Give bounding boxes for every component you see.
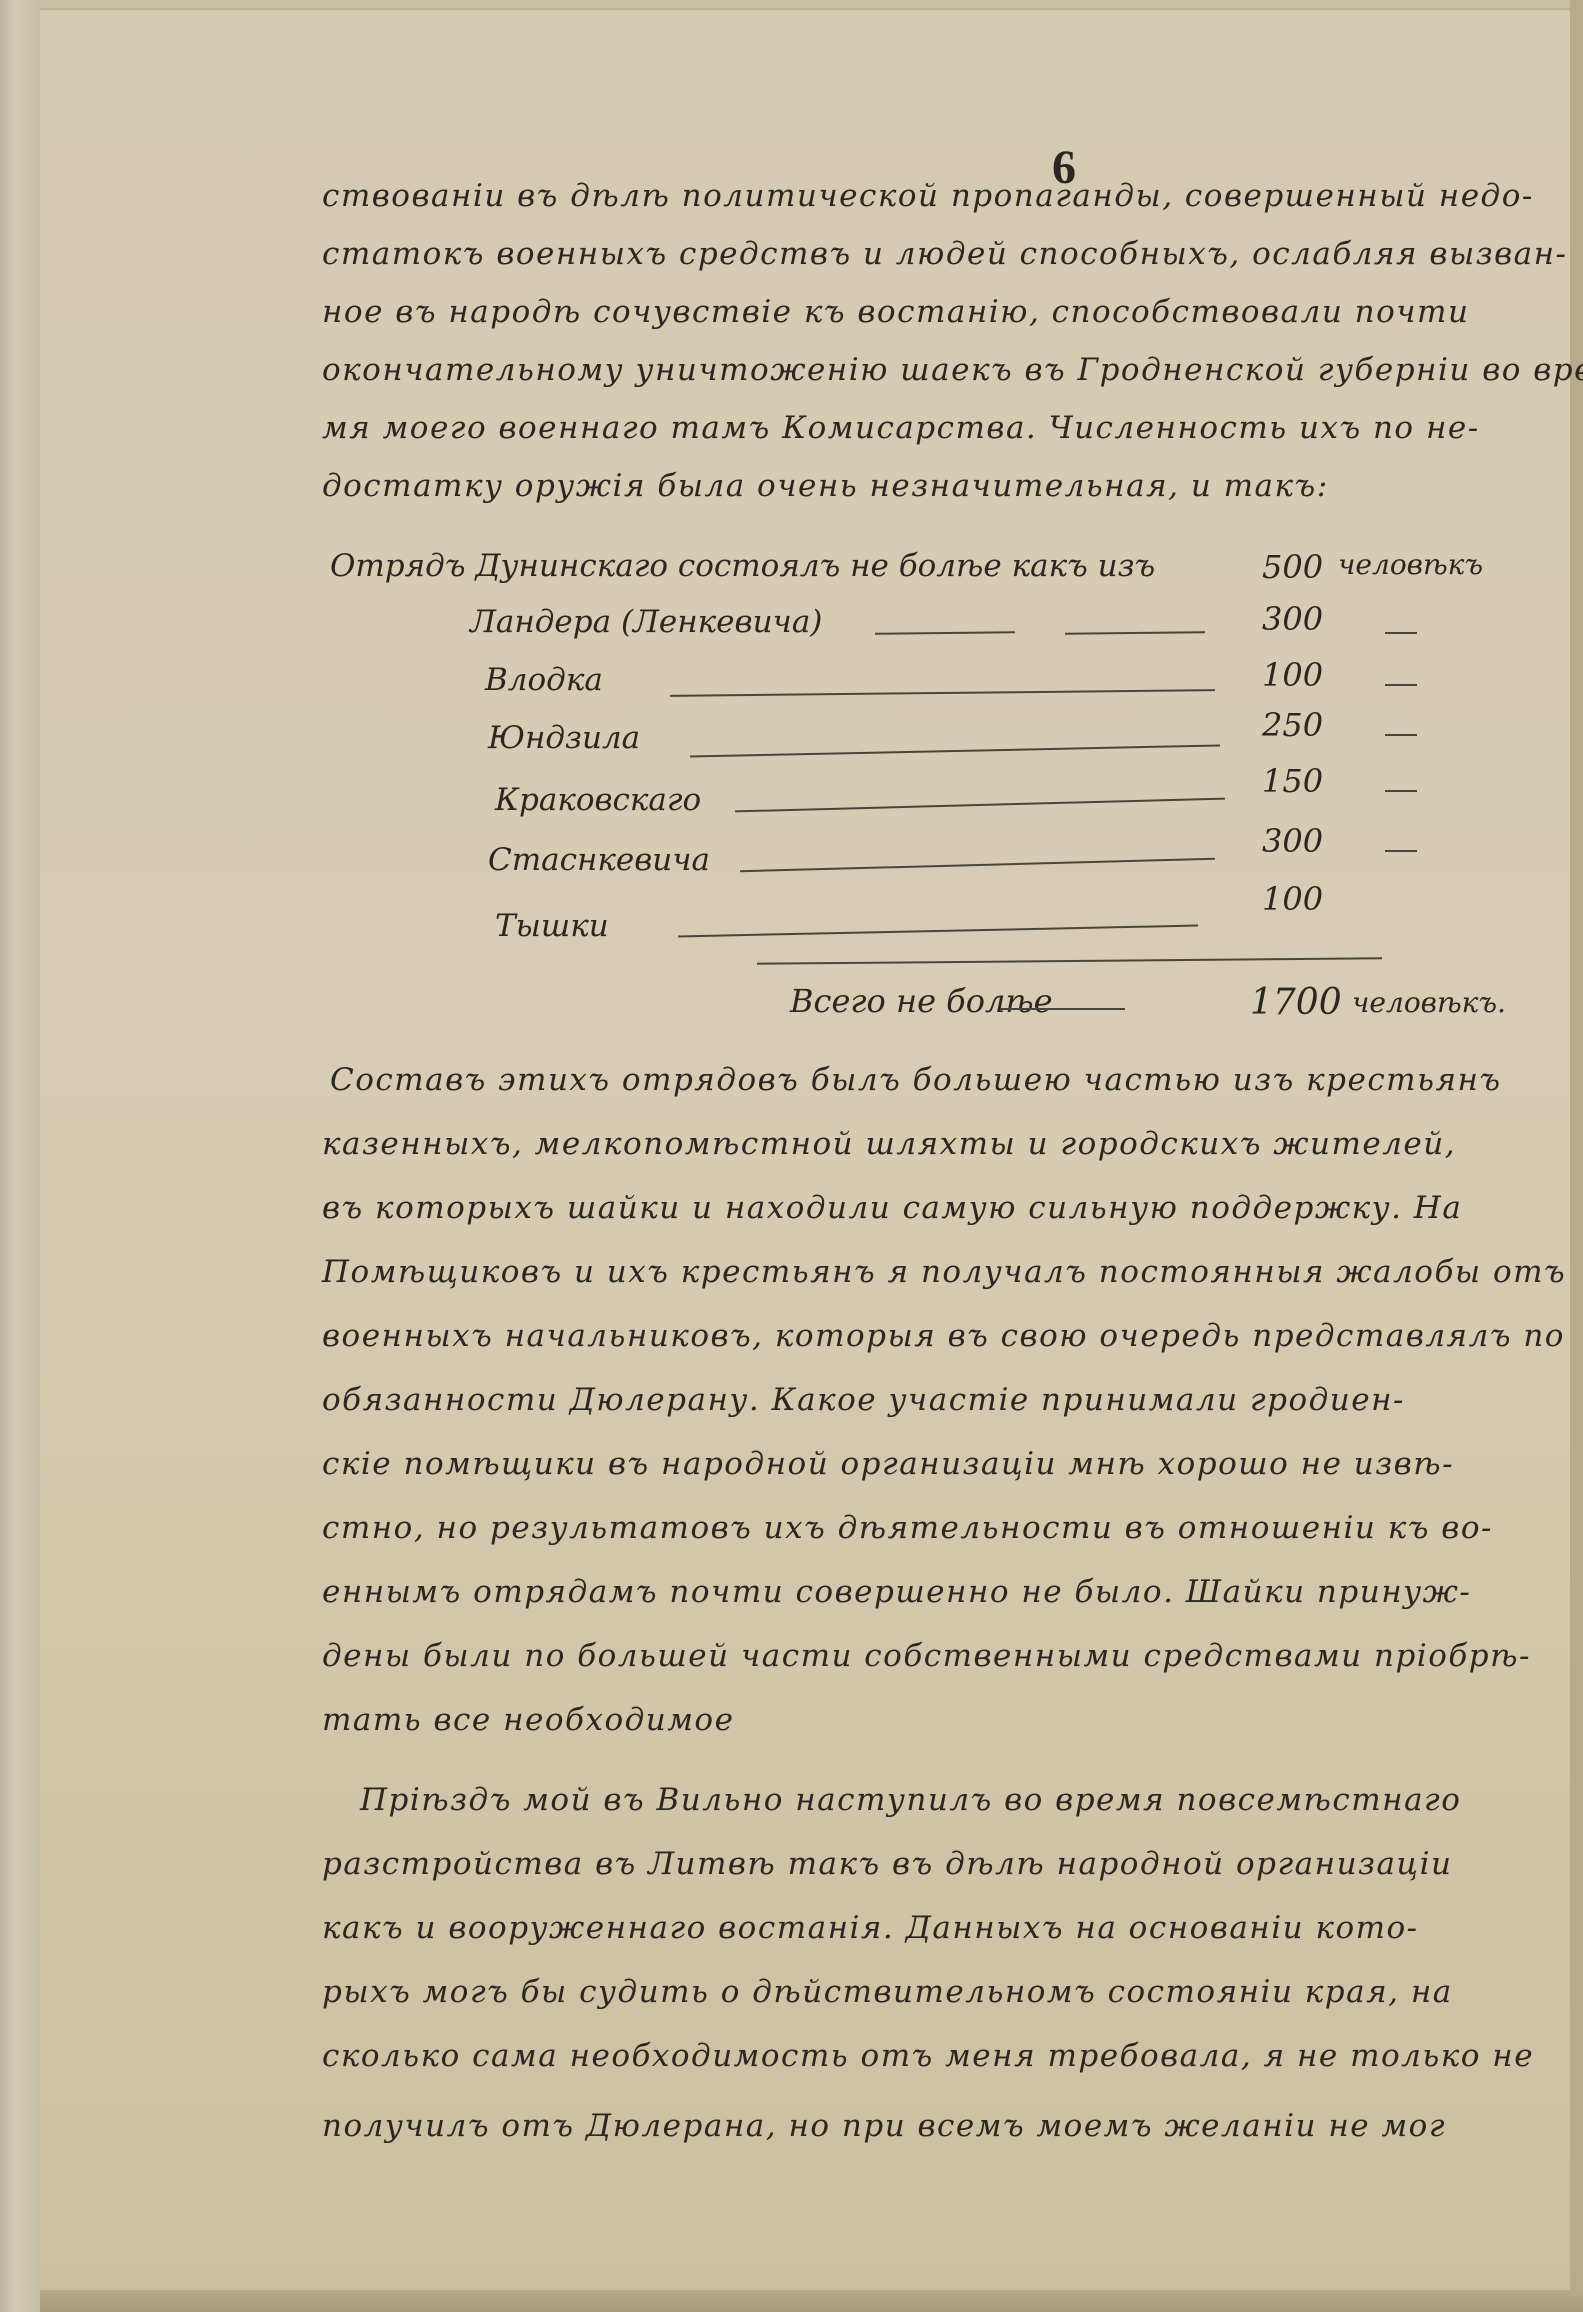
detachment-count: 250 [1262,706,1323,744]
table-row: Краковскаго 150 [0,782,1583,832]
ditto-mark [1385,632,1417,634]
text-line: рыхъ могъ бы судить о дѣйствительномъ со… [322,1974,1552,2010]
text-line: стно, но результатовъ ихъ дѣятельности в… [322,1510,1552,1546]
table-row: Влодка 100 [0,662,1583,712]
text-line: какъ и вооруженнаго востанiя. Данныхъ на… [322,1910,1552,1946]
text-line: въ которыхъ шайки и находили самую сильн… [322,1190,1552,1226]
detachment-count: 100 [1262,656,1323,694]
text-line: военныхъ начальниковъ, которыя въ свою о… [322,1318,1552,1354]
text-line: обязанности Дюлерану. Какое участiе прин… [322,1382,1552,1418]
text-line: дены были по большей части собственными … [322,1638,1552,1674]
detachment-count: 150 [1262,762,1323,800]
text-line: Прiѣздъ мой въ Вильно наступилъ во время… [360,1782,1583,1818]
intro-text: Отрядъ Дунинскаго состоялъ не болѣе какъ… [330,548,1155,584]
leader-line [690,744,1220,757]
leader-line [735,798,1225,813]
intro-unit: человѣкъ [1338,548,1483,581]
ditto-mark [1385,790,1417,792]
leader-line [1065,631,1205,634]
table-row: Стаснкевича 300 [0,842,1583,892]
detachment-name: Стаснкевича [488,842,710,878]
leader-line [678,925,1198,938]
text-line: казенныхъ, мелкопомѣстной шляхты и город… [322,1126,1552,1162]
detachment-name: Тышки [495,908,609,944]
text-line: получилъ отъ Дюлерана, но при всемъ моем… [322,2108,1552,2144]
text-line: Помѣщиковъ и ихъ крестьянъ я получалъ по… [322,1254,1552,1290]
text-line: Составъ этихъ отрядовъ былъ большею част… [330,1062,1560,1098]
table-intro-row: Отрядъ Дунинскаго состоялъ не болѣе какъ… [0,548,1583,598]
table-row: Юндзила 250 [0,720,1583,770]
detachment-name: Краковскаго [495,782,701,818]
text-line: сколько сама необходимость отъ меня треб… [322,2038,1552,2074]
total-row: Всего не болѣе 1700 человѣкъ. [0,982,1583,1032]
text-line: достатку оружiя была очень незначительна… [322,468,1552,504]
text-line: мя моего военнаго тамъ Комисарства. Числ… [322,410,1552,446]
text-line: скiе помѣщики въ народной организацiи мн… [322,1446,1552,1482]
total-unit: человѣкъ. [1352,986,1506,1019]
leader-line [670,689,1215,697]
ditto-mark [1385,684,1417,686]
text-line: разстройства въ Литвѣ такъ въ дѣлѣ народ… [322,1846,1552,1882]
detachment-count: 300 [1262,822,1323,860]
page-right-edge [1570,0,1583,2312]
total-label: Всего не болѣе [790,982,1053,1020]
text-line: статокъ военныхъ средствъ и людей способ… [322,236,1552,272]
text-line: ное въ народѣ сочувствiе къ востанiю, сп… [322,294,1552,330]
detachment-name: Влодка [485,662,603,698]
ditto-mark [1385,734,1417,736]
detachment-count: 100 [1262,880,1323,918]
page-bottom-edge [40,2290,1583,2312]
text-line: тать все необходимое [322,1702,1552,1738]
total-count: 1700 [1250,982,1342,1023]
leader-line [1000,1008,1125,1010]
table-row: Ландера (Ленкевича) 300 [0,604,1583,654]
detachment-name: Юндзила [488,720,640,756]
text-line: окончательному уничтоженiю шаекъ въ Грод… [322,352,1552,388]
detachment-count: 300 [1262,600,1323,638]
ditto-mark [1385,850,1417,852]
text-line: еннымъ отрядамъ почти совершенно не было… [322,1574,1552,1610]
binding-edge [0,0,40,2312]
intro-count: 500 [1262,548,1323,586]
leader-line [740,858,1215,872]
leader-line [875,631,1015,634]
text-line: ствованiи въ дѣлѣ политической пропаганд… [322,178,1552,214]
table-row: Тышки 100 [0,908,1583,958]
detachment-name: Ландера (Ленкевича) [470,604,822,640]
